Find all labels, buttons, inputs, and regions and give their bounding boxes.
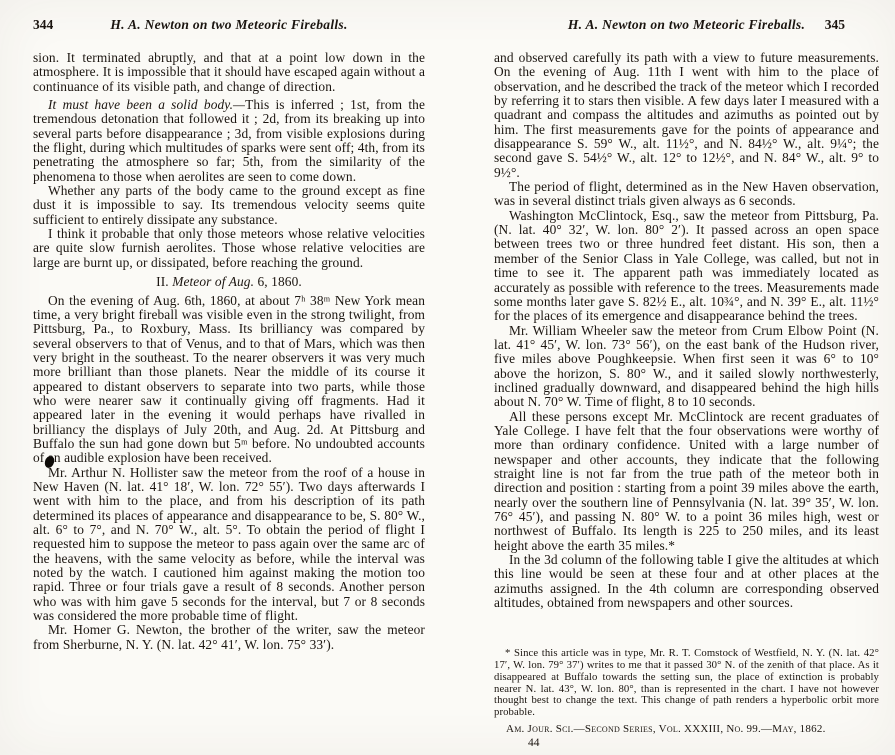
paragraph-aug6-meteor: On the evening of Aug. 6th, 1860, at abo… [33, 294, 425, 466]
section-numeral: II. [156, 274, 172, 289]
paragraph-homer-newton: Mr. Homer G. Newton, the brother of the … [33, 623, 425, 652]
running-title-left: H. A. Newton on two Meteoric Fireballs. [33, 17, 425, 33]
paragraph-table-intro: In the 3d column of the following table … [494, 553, 879, 610]
signature-number: 44 [528, 737, 879, 749]
right-page: H. A. Newton on two Meteoric Fireballs. … [494, 0, 879, 755]
journal-citation: Am. Jour. Sci.—Second Series, Vol. XXXII… [494, 723, 879, 735]
page-footer: * Since this article was in type, Mr. R.… [494, 648, 879, 749]
paragraph-whether: Whether any parts of the body came to th… [33, 184, 425, 227]
paragraph-mcclintock: Washington McClintock, Esq., saw the met… [494, 209, 879, 324]
paragraph-measurements: and observed carefully its path with a v… [494, 51, 879, 180]
page-number-right: 345 [825, 17, 845, 33]
footnote: * Since this article was in type, Mr. R.… [494, 648, 879, 719]
left-page-text: sion. It terminated abruptly, and that a… [33, 51, 425, 652]
paragraph-all-persons: All these persons except Mr. McClintock … [494, 410, 879, 553]
section-heading: II. Meteor of Aug. 6, 1860. [33, 270, 425, 293]
section-date: 6, 1860. [254, 274, 302, 289]
running-head-left: 344 H. A. Newton on two Meteoric Firebal… [33, 17, 425, 35]
running-title-right: H. A. Newton on two Meteoric Fireballs. [494, 17, 879, 33]
paragraph-solid-body: It must have been a solid body.—This is … [33, 98, 425, 184]
page-number-left: 344 [33, 17, 53, 33]
solid-body-italic-lead: It must have been a solid body.— [48, 97, 245, 112]
left-page: 344 H. A. Newton on two Meteoric Firebal… [33, 0, 425, 755]
paragraph-hollister: Mr. Arthur N. Hollister saw the meteor f… [33, 466, 425, 624]
paragraph-period-of-flight: The period of flight, determined as in t… [494, 180, 879, 209]
paragraph-wheeler: Mr. William Wheeler saw the meteor from … [494, 324, 879, 410]
right-page-text: and observed carefully its path with a v… [494, 51, 879, 610]
section-title-italic: Meteor of Aug. [172, 274, 254, 289]
book-scan: 344 H. A. Newton on two Meteoric Firebal… [0, 0, 895, 755]
paragraph-termination: sion. It terminated abruptly, and that a… [33, 51, 425, 94]
running-head-right: H. A. Newton on two Meteoric Fireballs. … [494, 17, 879, 35]
paragraph-velocities: I think it probable that only those mete… [33, 227, 425, 270]
